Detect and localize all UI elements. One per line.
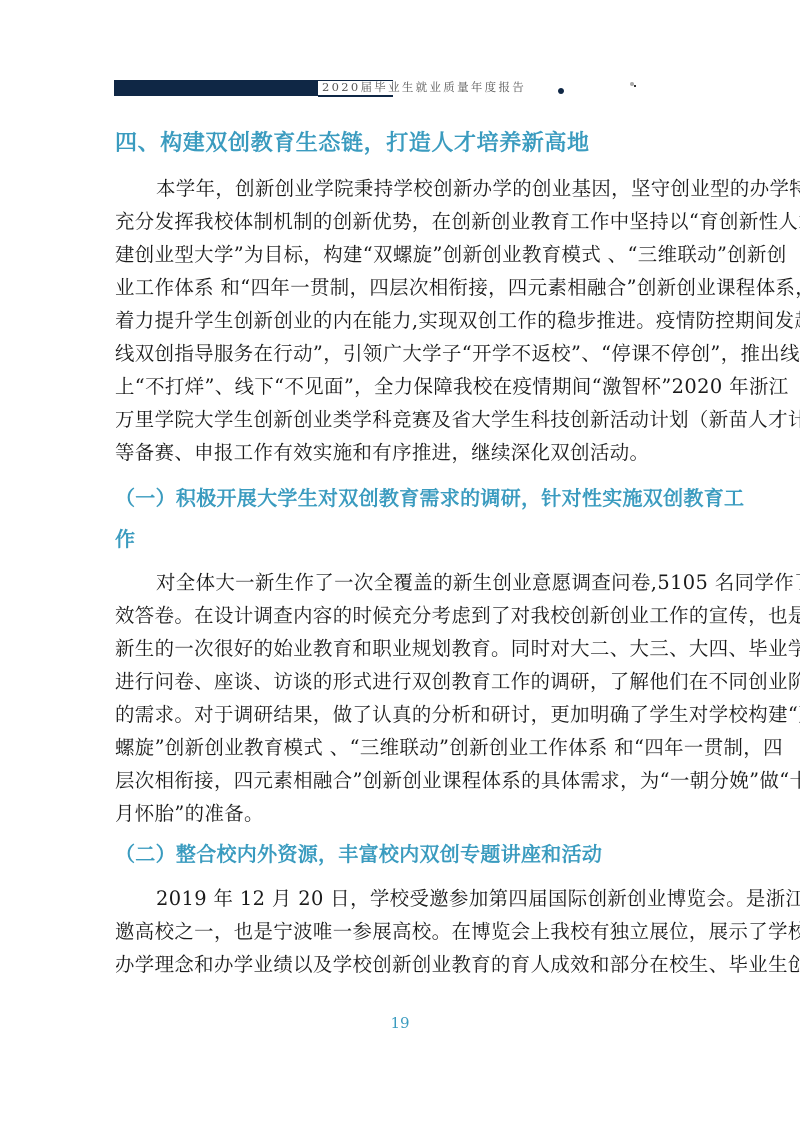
text-line: 螺旋”创新创业教育模式 、“三维联动”创新创业工作体系 和“四年一贯制，四: [115, 731, 696, 764]
page-number: 19: [0, 1014, 800, 1032]
text-line: 新生的一次很好的始业教育和职业规划教育。同时对大二、大三、大四、毕业学生: [115, 632, 696, 665]
heading-line: （二）整合校内外资源，丰富校内双创专题讲座和活动: [115, 834, 700, 875]
text-line: 着力提升学生创新创业的内在能力,实现双创工作的稳步推进。疫情防控期间发起“在: [115, 304, 696, 337]
subsection-heading-1: （一）积极开展大学生对双创教育需求的调研，针对性实施双创教育工 作: [115, 478, 700, 560]
report-title: 2020届毕业生就业质量年度报告: [322, 79, 526, 95]
header-bar: [114, 80, 318, 96]
heading-line: 作: [115, 519, 700, 560]
text-line: 建创业型大学”为目标，构建“双螺旋”创新创业教育模式 、“三维联动”创新创: [115, 238, 696, 271]
text-line: 进行问卷、座谈、访谈的形式进行双创教育工作的调研，了解他们在不同创业阶段: [115, 665, 696, 698]
text-line: 邀高校之一，也是宁波唯一参展高校。在博览会上我校有独立展位，展示了学校的: [115, 915, 696, 948]
subsection-heading-2: （二）整合校内外资源，丰富校内双创专题讲座和活动: [115, 834, 700, 875]
text-line: 业工作体系 和“四年一贯制，四层次相衔接，四元素相融合”创新创业课程体系，: [115, 271, 696, 304]
decorative-mark-icon: [634, 85, 636, 87]
heading-line: （一）积极开展大学生对双创教育需求的调研，针对性实施双创教育工: [115, 478, 700, 519]
text-line: 2019 年 12 月 20 日，学校受邀参加第四届国际创新创业博览会。是浙江两…: [115, 882, 696, 915]
text-line: 月怀胎”的准备。: [115, 797, 696, 830]
subsection-1-paragraph: 对全体大一新生作了一次全覆盖的新生创业意愿调查问卷,5105 名同学作了有 效答…: [115, 566, 696, 830]
text-line: 万里学院大学生创新创业类学科竞赛及省大学生科技创新活动计划（新苗人才计划）: [115, 403, 696, 436]
text-line: 层次相衔接，四元素相融合”创新创业课程体系的具体需求，为“一朝分娩”做“十: [115, 764, 696, 797]
text-line: 办学理念和办学业绩以及学校创新创业教育的育人成效和部分在校生、毕业生创业: [115, 948, 696, 981]
text-line: 效答卷。在设计调查内容的时候充分考虑到了对我校创新创业工作的宣传，也是对: [115, 599, 696, 632]
section-heading: 四、构建双创教育生态链，打造人才培养新高地: [115, 128, 590, 160]
subsection-2-paragraph: 2019 年 12 月 20 日，学校受邀参加第四届国际创新创业博览会。是浙江两…: [115, 882, 696, 981]
text-line: 本学年，创新创业学院秉持学校创新办学的创业基因，坚守创业型的办学特色，: [115, 172, 696, 205]
text-line: 等备赛、申报工作有效实施和有序推进，继续深化双创活动。: [115, 436, 696, 469]
decorative-dot-icon: [558, 88, 564, 94]
intro-paragraph: 本学年，创新创业学院秉持学校创新办学的创业基因，坚守创业型的办学特色， 充分发挥…: [115, 172, 696, 469]
text-line: 线双创指导服务在行动”，引领广大学子“开学不返校”、“停课不停创”，推出线: [115, 337, 696, 370]
text-line: 充分发挥我校体制机制的创新优势，在创新创业教育工作中坚持以“育创新性人才、: [115, 205, 696, 238]
text-line: 对全体大一新生作了一次全覆盖的新生创业意愿调查问卷,5105 名同学作了有: [115, 566, 696, 599]
text-line: 的需求。对于调研结果，做了认真的分析和研讨，更加明确了学生对学校构建“双: [115, 698, 696, 731]
text-line: 上“不打烊”、线下“不见面”，全力保障我校在疫情期间“激智杯”2020 年浙江: [115, 370, 696, 403]
